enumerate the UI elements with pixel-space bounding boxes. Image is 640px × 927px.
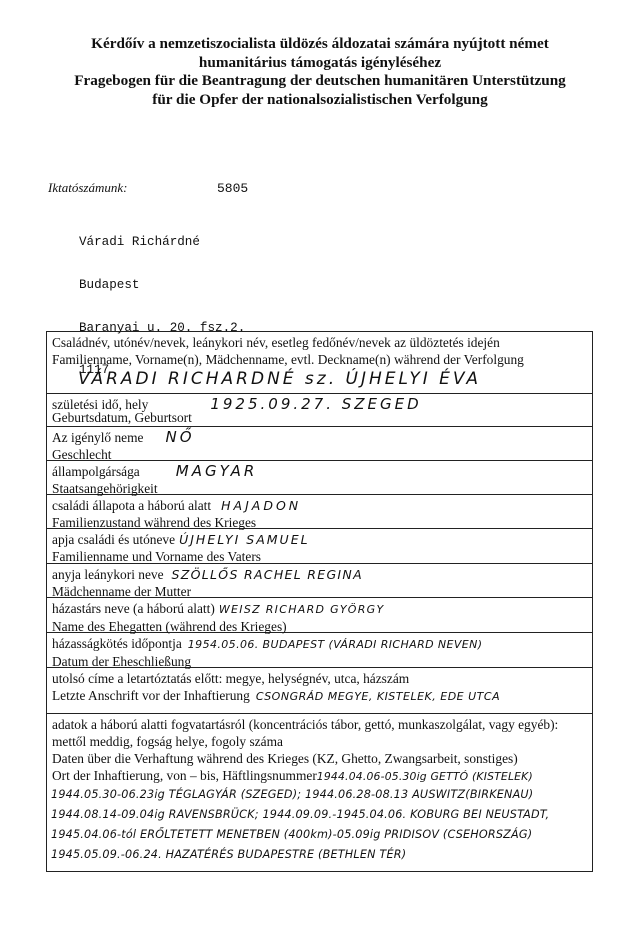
detention-value-line[interactable]: 1944.05.30-06.23ig TÉGLAGYÁR (SZEGED); 1… [51, 785, 587, 805]
last-address-label-hu: utolsó címe a letartóztatás előtt: megye… [52, 670, 587, 687]
citizenship-label-hu: állampolgársága [52, 464, 140, 479]
form-row-name: Családnév, utónév/nevek, leánykori név, … [47, 332, 592, 394]
registration-label: Iktatószámunk: [48, 180, 127, 196]
title-german-line2: für die Opfer der nationalsozialistische… [0, 91, 640, 110]
detention-label-de-1: Daten über die Verhaftung während des Kr… [52, 750, 587, 767]
questionnaire-form: Családnév, utónév/nevek, leánykori név, … [46, 331, 593, 872]
title-german-line1: Fragebogen für die Beantragung der deuts… [0, 72, 640, 91]
title-hungarian-line2: humanitárius támogatás igényléséhez [0, 54, 640, 73]
form-row-marriage: házasságkötés időpontja1954.05.06. BUDAP… [47, 633, 592, 668]
sex-label-hu: Az igénylő neme [52, 430, 143, 445]
name-value[interactable]: VÁRADI RICHARDNÉ sz. ÚJHELYI ÉVA [78, 368, 587, 390]
father-label-hu: apja családi és utóneve [52, 532, 175, 547]
marital-status-value[interactable]: HAJADON [221, 498, 301, 513]
mother-value[interactable]: SZÖLLŐS RACHEL REGINA [172, 567, 363, 582]
marital-status-label-hu: családi állapota a háború alatt [52, 498, 211, 513]
birth-value[interactable]: 1925.09.27. SZEGED [210, 395, 421, 413]
citizenship-value[interactable]: MAGYAR [176, 462, 258, 480]
name-label-hu: Családnév, utónév/nevek, leánykori név, … [52, 334, 587, 351]
marriage-label-hu: házasságkötés időpontja [52, 636, 182, 651]
form-row-sex: Az igénylő nemeNŐ Geschlecht [47, 427, 592, 461]
mother-label-hu: anyja leánykori neve [52, 567, 164, 582]
father-value[interactable]: ÚJHELYI SAMUEL [179, 532, 309, 547]
detention-value-inline[interactable]: 1944.04.06-05.30ig GETTÓ (KISTELEK) [317, 770, 533, 783]
form-row-citizenship: állampolgárságaMAGYAR Staatsangehörigkei… [47, 461, 592, 495]
form-row-mother: anyja leánykori neveSZÖLLŐS RACHEL REGIN… [47, 564, 592, 598]
spouse-value[interactable]: WEISZ RICHARD GYÖRGY [219, 603, 385, 616]
document-header: Kérdőív a nemzetiszocialista üldözés áld… [0, 35, 640, 109]
address-line: Budapest [79, 278, 245, 292]
spouse-label-hu: házastárs neve (a háború alatt) [52, 601, 215, 616]
detention-label-hu-1: adatok a háború alatti fogvatartásról (k… [52, 716, 587, 733]
last-address-value[interactable]: CSONGRÁD MEGYE, KISTELEK, EDE UTCA [256, 690, 500, 703]
form-row-marital-status: családi állapota a háború alattHAJADON F… [47, 495, 592, 529]
detention-label-hu-2: mettől meddig, fogság helye, fogoly szám… [52, 733, 587, 750]
form-row-father: apja családi és utóneveÚJHELYI SAMUEL Fa… [47, 529, 592, 564]
title-hungarian-line1: Kérdőív a nemzetiszocialista üldözés áld… [0, 35, 640, 54]
marriage-value[interactable]: 1954.05.06. BUDAPEST (VÁRADI RICHARD NEV… [188, 638, 483, 651]
last-address-label-de: Letzte Anschrift vor der Inhaftierung [52, 688, 250, 703]
detention-value-line[interactable]: 1945.04.06-tól ERŐLTETETT MENETBEN (400k… [51, 825, 587, 845]
registration-number: 5805 [217, 181, 248, 196]
detention-label-de-2: Ort der Inhaftierung, von – bis, Häftlin… [52, 768, 317, 783]
form-row-detention: adatok a háború alatti fogvatartásról (k… [47, 714, 592, 873]
detention-value-line[interactable]: 1945.05.09.-06.24. HAZATÉRÉS BUDAPESTRE … [51, 845, 587, 865]
sex-value[interactable]: NŐ [165, 428, 194, 446]
form-row-spouse: házastárs neve (a háború alatt)WEISZ RIC… [47, 598, 592, 633]
name-label-de: Familienname, Vorname(n), Mädchenname, e… [52, 351, 587, 368]
form-row-last-address: utolsó címe a letartóztatás előtt: megye… [47, 668, 592, 714]
address-line: Váradi Richárdné [79, 235, 245, 249]
form-row-birth: születési idő, hely1925.09.27. SZEGED Ge… [47, 394, 592, 427]
father-label-de: Familienname und Vorname des Vaters [52, 548, 587, 565]
detention-value-line[interactable]: 1944.08.14-09.04ig RAVENSBRÜCK; 1944.09.… [51, 805, 587, 825]
